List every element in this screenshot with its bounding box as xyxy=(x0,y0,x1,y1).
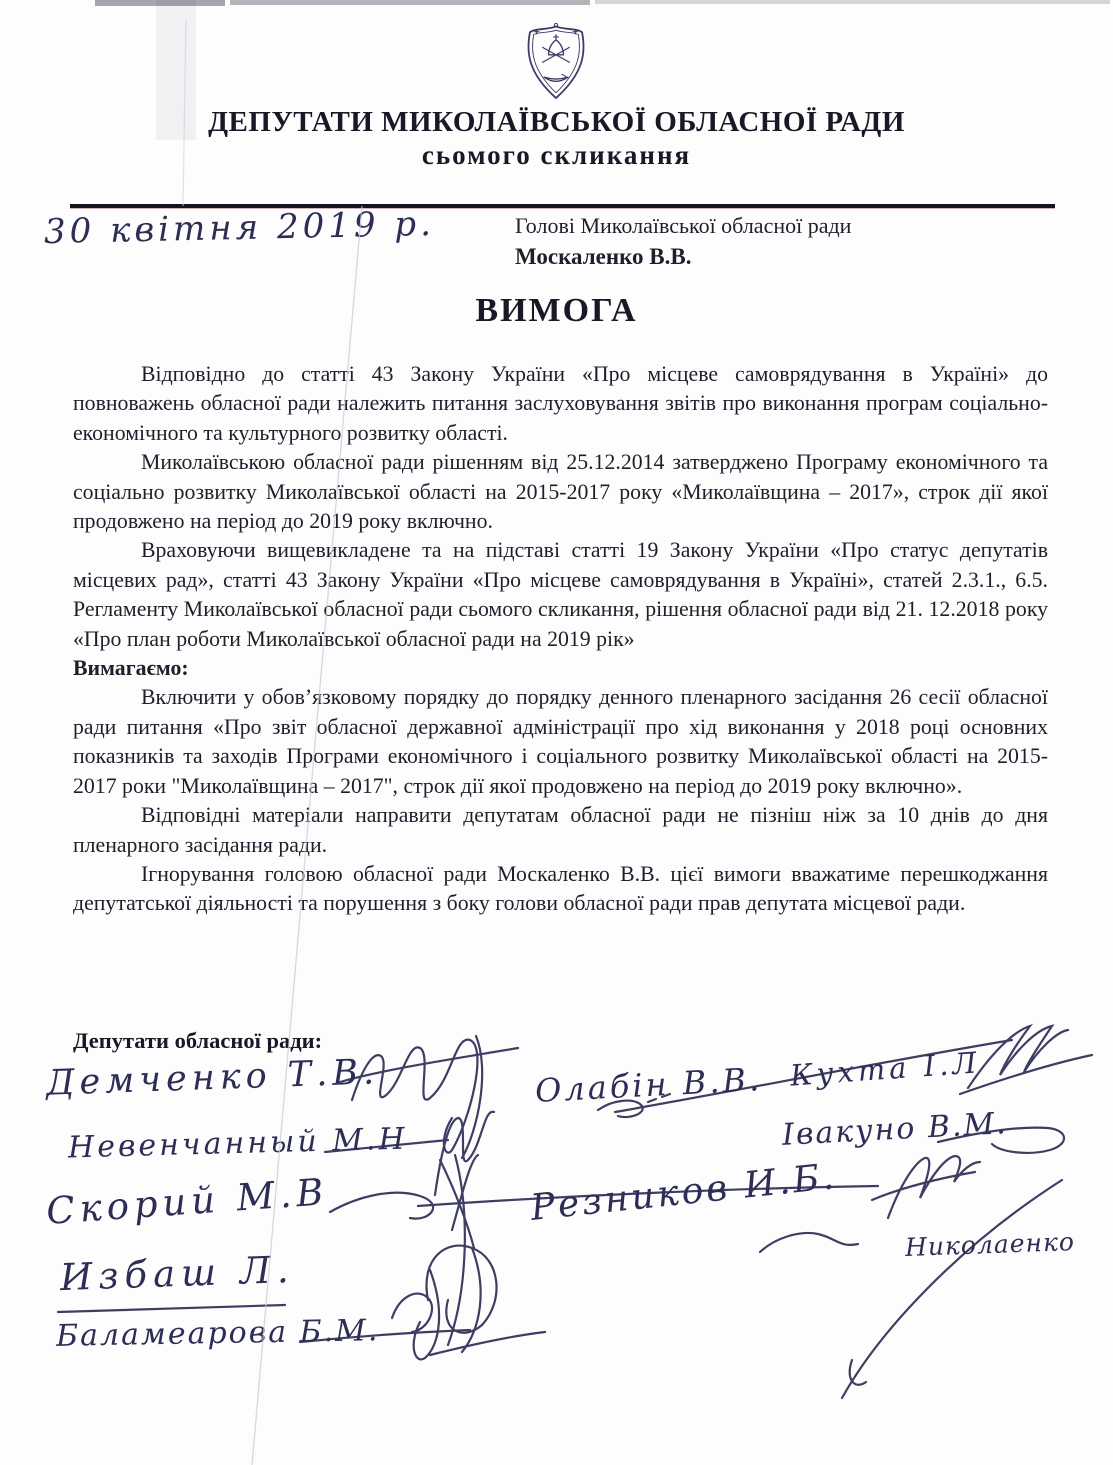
addressee-title: Голові Миколаївської обласної ради xyxy=(515,210,1035,241)
header-divider xyxy=(70,204,1055,208)
organization-title: ДЕПУТАТИ МИКОЛАЇВСЬКОЇ ОБЛАСНОЇ РАДИ xyxy=(0,106,1113,139)
demand-label: Вимагаємо: xyxy=(73,654,1048,683)
organization-subtitle: сьомого скликання xyxy=(0,140,1113,171)
document-title: ВИМОГА xyxy=(0,292,1113,330)
addressee-name: Москаленко В.В. xyxy=(515,241,1035,272)
addressee-block: Голові Миколаївської обласної ради Моска… xyxy=(515,210,1035,272)
paragraph-3: Враховуючи вищевикладене та на підставі … xyxy=(73,536,1048,654)
signature-name: Івакуно В.М. xyxy=(781,1106,1008,1153)
signature-name: Николаенко xyxy=(905,1227,1076,1262)
paragraph-5: Відповідні матеріали направити депутатам… xyxy=(73,801,1048,860)
paragraph-4: Включити у обов’язковому порядку до поря… xyxy=(73,683,1048,801)
signature-name: Олабін В.В. xyxy=(534,1060,763,1110)
signature-name: Невенчанный М.Н xyxy=(68,1122,408,1166)
coat-of-arms-icon xyxy=(517,22,595,104)
signature-name: Кухта І.Л xyxy=(789,1045,981,1092)
paragraph-2: Миколаївською обласної ради рішенням від… xyxy=(73,448,1048,536)
signatories-label: Депутати обласної ради: xyxy=(73,1028,322,1054)
paragraph-6: Ігнорування головою обласної ради Москал… xyxy=(73,860,1048,919)
signature-name: Баламеарова Б.М. xyxy=(56,1313,380,1354)
signature-name: Резников И.Б. xyxy=(529,1156,839,1229)
signature-name: Избаш Л. xyxy=(59,1248,295,1299)
scanned-document-page: ДЕПУТАТИ МИКОЛАЇВСЬКОЇ ОБЛАСНОЇ РАДИ сьо… xyxy=(0,0,1113,1465)
handwritten-date: 30 квітня 2019 р. xyxy=(44,204,436,252)
signature-name: Демченко Т.В. xyxy=(45,1052,379,1104)
signature-name: Скорий М.В xyxy=(45,1170,330,1233)
document-body: Відповідно до статті 43 Закону України «… xyxy=(73,360,1048,919)
paragraph-1: Відповідно до статті 43 Закону України «… xyxy=(73,360,1048,448)
